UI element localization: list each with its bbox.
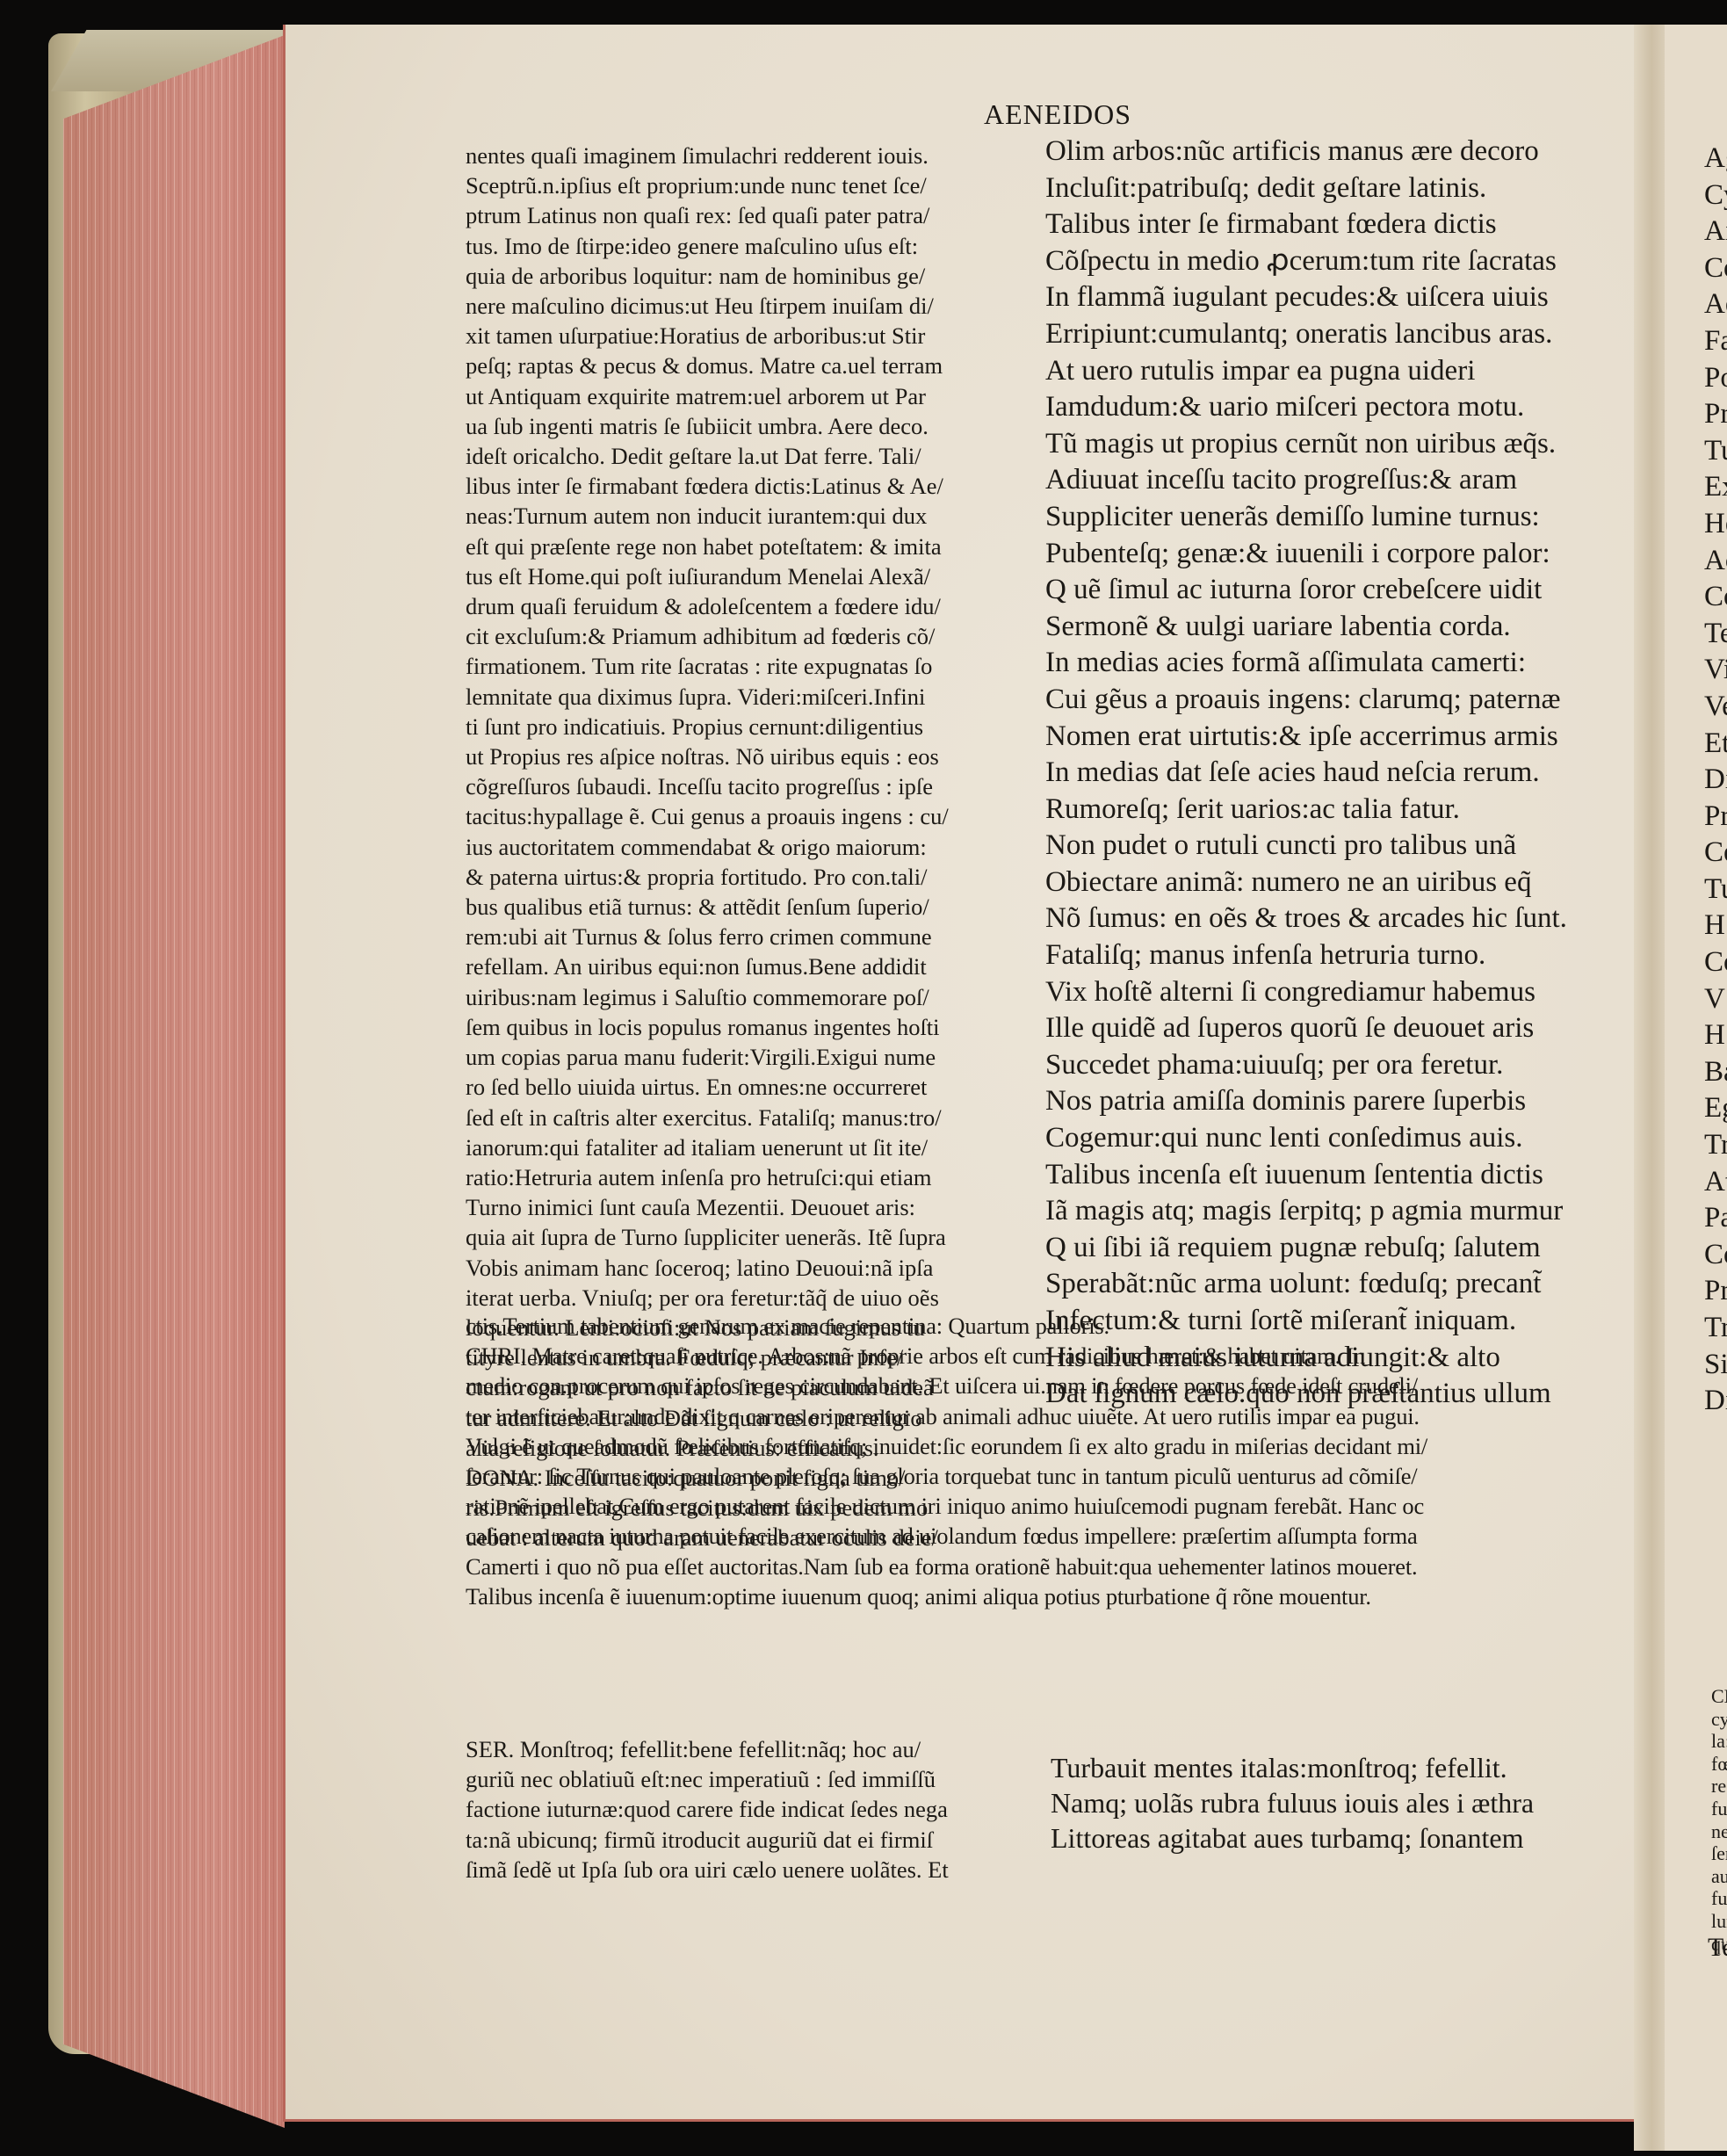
facing-verse-fragment: Ai xyxy=(1704,213,1727,250)
commentary-line: nentes quaſi imaginem ſimulachri reddere… xyxy=(466,141,1037,170)
verse-line: Erripiunt:cumulantq; oneratis lancibus a… xyxy=(1045,316,1616,353)
verse-line: Talibus inter ſe firmabant fœdera dictis xyxy=(1045,206,1616,243)
facing-verse-fragment: Po xyxy=(1704,360,1727,397)
commentary-line: bus qualibus etiã turnus: & attẽdit ſenſ… xyxy=(466,892,1037,922)
commentary-line: ctis.Tertium tabentium genarum ex macie … xyxy=(466,1311,1427,1341)
facing-verse-fragment: Pr xyxy=(1704,396,1727,433)
facing-verse-fragment: Eg xyxy=(1704,1090,1727,1127)
facing-page-last-line: Te xyxy=(1708,1933,1727,1963)
verse-line: Adiuuat inceſſu tacito progreſſus:& aram xyxy=(1045,462,1616,499)
facing-commentary-fragment: rece xyxy=(1711,1775,1727,1798)
commentary-line: tacitus:hypallage ẽ. Cui genus a proauis… xyxy=(466,801,1037,831)
commentary-line: uiribus:nam legimus i Saluſtio commemora… xyxy=(466,982,1037,1012)
verse-line: Q uẽ ſimul ac iuturna ſoror crebeſcere u… xyxy=(1045,572,1616,609)
commentary-line: SER. Monſtroq; fefellit:bene fefellit:nã… xyxy=(466,1734,949,1764)
commentary-line: tus. Imo de ſtirpe:ideo genere maſculino… xyxy=(466,231,1037,261)
commentary-line: ideſt oricalcho. Dedit geſtare la.ut Dat… xyxy=(466,441,1037,471)
commentary-line: Camerti i quo nõ pua eſſet auctoritas.Na… xyxy=(466,1552,1427,1581)
verse-line: At uero rutulis impar ea pugna uideri xyxy=(1045,353,1616,390)
commentary-line: tus eſt Home.qui poſt iuſiurandum Menela… xyxy=(466,561,1037,591)
facing-verse-fragment: Et xyxy=(1704,726,1727,763)
verse-line: Sperabãt:nũc arma uolunt: fœduſq; precan… xyxy=(1045,1266,1616,1303)
commentary-line: quia de arboribus loquitur: nam de homin… xyxy=(466,261,1037,291)
facing-verse-fragment: Ag xyxy=(1704,141,1727,177)
commentary-line: ter interficiebatur:unde dixit q carnes … xyxy=(466,1401,1427,1431)
facing-verse-fragment: H xyxy=(1704,1017,1727,1054)
facing-page-commentary-initials: CHcygla:qfœcrecefunnegſentaucfuitlumquẽ xyxy=(1711,1685,1727,1955)
verse-line: Tũ magis ut propius cernũt non uiribus æ… xyxy=(1045,426,1616,463)
verse-line: Olim arbos:nũc artificis manus ære decor… xyxy=(1045,134,1616,170)
commentary-line: ti ſunt pro indicatiuis. Propius cernunt… xyxy=(466,712,1037,742)
running-head: AENEIDOS xyxy=(984,98,1131,131)
facing-verse-fragment: Sic xyxy=(1704,1347,1727,1384)
commentary-line: & paterna uirtus:& propria fortitudo. Pr… xyxy=(466,862,1037,892)
commentary-line: ratio:Hetruria autem inſenſa pro hetruſc… xyxy=(466,1162,1037,1192)
facing-verse-fragment: Tr xyxy=(1704,1310,1727,1347)
facing-commentary-fragment: la:q xyxy=(1711,1730,1727,1753)
commentary-line: Vulgi ẽ ut queadmodũ fœlicibus fortunati… xyxy=(466,1431,1427,1461)
commentary-line: Talibus incenſa ẽ iuuenum:optime iuuenum… xyxy=(466,1581,1427,1611)
commentary-line: ſerantur: ſic Turnus qui pauloante plero… xyxy=(466,1461,1427,1491)
facing-commentary-fragment: fun xyxy=(1711,1798,1727,1820)
facing-verse-fragment: Co xyxy=(1704,250,1727,287)
verse-line: Iã magis atq; magis ſerpitq; p agmia mur… xyxy=(1045,1193,1616,1230)
commentary-line: eſt qui præſente rege non habet poteſtat… xyxy=(466,532,1037,561)
facing-verse-fragment: Ce xyxy=(1704,835,1727,872)
commentary-line: medio con.procerum qui ipſos reges circu… xyxy=(466,1371,1427,1400)
facing-verse-fragment: At xyxy=(1704,1164,1727,1201)
verse-line: In flammã iugulant pecudes:& uiſcera uiu… xyxy=(1045,279,1616,316)
verse-line: In medias acies formã aſſimulata camerti… xyxy=(1045,645,1616,682)
verse-line: Fataliſq; manus infenſa hetruria turno. xyxy=(1045,937,1616,974)
verse-line: Turbauit mentes italas:monſtroq; fefelli… xyxy=(1051,1750,1534,1785)
commentary-line: factione iuturnæ:quod carere fide indica… xyxy=(466,1794,949,1824)
commentary-line: ius auctoritatem commendabat & origo mai… xyxy=(466,832,1037,862)
facing-verse-fragment: Co xyxy=(1704,944,1727,981)
verse-line: Cui gẽus a proauis ingens: clarumq; pate… xyxy=(1045,682,1616,719)
commentary-line: ſed eſt in caſtris alter exercitus. Fata… xyxy=(466,1103,1037,1132)
facing-verse-fragment: Cy xyxy=(1704,177,1727,214)
verse-line: Succedet phama:uiuuſq; per ora feretur. xyxy=(1045,1047,1616,1084)
commentary-line: caſionem nacta iuturna potuit facile exe… xyxy=(466,1521,1427,1551)
verse-line: Cõſpectu in medio ꝓcerum:tum rite ſacrat… xyxy=(1045,243,1616,280)
commentary-line: xit tamen uſurpatiue:Horatius de arborib… xyxy=(466,321,1037,351)
verse-line: Iamdudum:& uario miſceri pectora motu. xyxy=(1045,389,1616,426)
commentary-full-width: ctis.Tertium tabentium genarum ex macie … xyxy=(466,1311,1427,1611)
facing-verse-fragment: Tu xyxy=(1704,433,1727,470)
commentary-line: cit excluſum:& Priamum adhibitum ad fœde… xyxy=(466,621,1037,651)
verse-line: Obiectare animã: numero ne an uiribus eq… xyxy=(1045,865,1616,901)
facing-verse-fragment: Fa xyxy=(1704,323,1727,360)
facing-verse-fragment: Co xyxy=(1704,579,1727,616)
facing-verse-fragment: Ae xyxy=(1704,286,1727,323)
commentary-line: lemnitate qua diximus ſupra. Videri:miſc… xyxy=(466,682,1037,712)
facing-verse-fragment: Ac xyxy=(1704,543,1727,580)
commentary-line: firmationem. Tum rite ſacratas : rite ex… xyxy=(466,651,1037,681)
commentary-line: rationẽ ipellebat.Cum ergo putarent faci… xyxy=(466,1491,1427,1521)
facing-commentary-fragment: fœc xyxy=(1711,1753,1727,1776)
facing-page-verse-initials: AgCyAiCoAeFaPoPrTuExHeAcCoTeViVeEtDiPrCe… xyxy=(1704,141,1727,1420)
facing-verse-fragment: Pa xyxy=(1704,1200,1727,1237)
facing-verse-fragment: Pr xyxy=(1704,799,1727,836)
facing-verse-fragment: Ba xyxy=(1704,1054,1727,1091)
verse-line: Sermonẽ & uulgi uariare labentia corda. xyxy=(1045,609,1616,646)
commentary-line: ptrum Latinus non quaſi rex: ſed quaſi p… xyxy=(466,200,1037,230)
verse-line: Suppliciter uenerãs demiſſo lumine turnu… xyxy=(1045,499,1616,536)
red-stained-fore-edge xyxy=(63,35,285,2128)
verse-line: Nõ ſumus: en oẽs & troes & arcades hic ſ… xyxy=(1045,901,1616,937)
facing-commentary-fragment: ſent xyxy=(1711,1842,1727,1865)
verse-line: Vix hoſtẽ alterni ſi congrediamur habemu… xyxy=(1045,974,1616,1011)
commentary-line: Turno inimici ſunt cauſa Mezentii. Deuou… xyxy=(466,1192,1037,1222)
commentary-line: ut Propius res aſpice noſtras. Nõ uiribu… xyxy=(466,742,1037,771)
facing-commentary-fragment: lum xyxy=(1711,1910,1727,1933)
commentary-line: CHRI. Matre caret:quaſi nutrice. Arbos:n… xyxy=(466,1341,1427,1371)
commentary-line: ſem quibus in locis populus romanus inge… xyxy=(466,1012,1037,1042)
facing-verse-fragment: Di xyxy=(1704,762,1727,799)
commentary-line: cõgreſſuros ſubaudi. Inceſſu tacito prog… xyxy=(466,771,1037,801)
verse-column-right: Olim arbos:nũc artificis manus ære decor… xyxy=(1045,134,1616,1413)
commentary-line: libus inter ſe firmabant fœdera dictis:L… xyxy=(466,471,1037,501)
facing-verse-fragment: Di xyxy=(1704,1383,1727,1420)
commentary-line: quia ait ſupra de Turno ſuppliciter uene… xyxy=(466,1222,1037,1252)
commentary-line: rem:ubi ait Turnus & ſolus ferro crimen … xyxy=(466,922,1037,951)
commentary-line: refellam. An uiribus equi:non ſumus.Bene… xyxy=(466,951,1037,981)
verse-line: Incluſit:patribuſq; dedit geſtare latini… xyxy=(1045,170,1616,207)
facing-verse-fragment: Te xyxy=(1704,616,1727,653)
commentary-line: Sceptrũ.n.ipſius eſt proprium:unde nunc … xyxy=(466,170,1037,200)
facing-commentary-fragment: fuit xyxy=(1711,1887,1727,1910)
facing-verse-fragment: Tu xyxy=(1704,872,1727,908)
verse-line: Rumoreſq; ſerit uarios:ac talia fatur. xyxy=(1045,792,1616,828)
verse-line: Nomen erat uirtutis:& ipſe accerrimus ar… xyxy=(1045,719,1616,756)
commentary-line: ſimã ſedẽ ut Ipſa ſub ora uiri cælo uene… xyxy=(466,1855,949,1885)
commentary-line: peſq; raptas & pecus & domus. Matre ca.u… xyxy=(466,351,1037,380)
commentary-line: guriũ nec oblatiuũ eſt:nec imperatiuũ : … xyxy=(466,1764,949,1794)
facing-verse-fragment: Ex xyxy=(1704,469,1727,506)
verse-line: Littoreas agitabat aues turbamq; ſonante… xyxy=(1051,1820,1534,1856)
commentary-line: ut Antiquam exquirite matrem:uel arborem… xyxy=(466,381,1037,411)
facing-verse-fragment: Co xyxy=(1704,1237,1727,1274)
verse-line: In medias dat ſeſe acies haud neſcia rer… xyxy=(1045,755,1616,792)
commentary-line: um copias parua manu fuderit:Virgili.Exi… xyxy=(466,1042,1037,1072)
verse-line: Cogemur:qui nunc lenti conſedimus auis. xyxy=(1045,1120,1616,1157)
commentary-line: neas:Turnum autem non inducit iurantem:q… xyxy=(466,501,1037,531)
commentary-line: ta:nã ubicunq; firmũ itroducit auguriũ d… xyxy=(466,1825,949,1855)
facing-verse-fragment: Pr xyxy=(1704,1273,1727,1310)
facing-commentary-fragment: CH xyxy=(1711,1685,1727,1708)
facing-commentary-fragment: neg xyxy=(1711,1820,1727,1843)
verse-bottom-block: Turbauit mentes italas:monſtroq; fefelli… xyxy=(1051,1750,1534,1856)
commentary-line: nere maſculino dicimus:ut Heu ſtirpem in… xyxy=(466,291,1037,321)
book-gutter xyxy=(1634,25,1669,2151)
commentary-line: ianorum:qui fataliter ad italiam uenerun… xyxy=(466,1132,1037,1162)
commentary-line: drum quaſi feruidum & adoleſcentem a fœd… xyxy=(466,591,1037,621)
verse-line: Talibus incenſa eſt iuuenum ſententia di… xyxy=(1045,1157,1616,1194)
facing-verse-fragment: Ve xyxy=(1704,689,1727,726)
verse-line: Nos patria amiſſa dominis parere ſuperbi… xyxy=(1045,1083,1616,1120)
verse-line: Non pudet o rutuli cuncti pro talibus un… xyxy=(1045,828,1616,865)
commentary-line: iterat uerba. Vniuſq; per ora feretur:tã… xyxy=(466,1283,1037,1313)
commentary-line: Vobis animam hanc ſoceroq; latino Deuoui… xyxy=(466,1253,1037,1283)
facing-verse-fragment: He xyxy=(1704,506,1727,543)
verse-line: Pubenteſq; genæ:& iuuenili i corpore pal… xyxy=(1045,536,1616,573)
facing-verse-fragment: V xyxy=(1704,981,1727,1018)
verse-line: Ille quidẽ ad ſuperos quorũ ſe deuouet a… xyxy=(1045,1010,1616,1047)
facing-verse-fragment: H xyxy=(1704,908,1727,944)
commentary-line: ua ſub ingenti matris ſe ſubiicit umbra.… xyxy=(466,411,1037,441)
commentary-ser-block: SER. Monſtroq; fefellit:bene fefellit:nã… xyxy=(466,1734,949,1885)
verse-line: Namq; uolãs rubra fuluus iouis ales i æt… xyxy=(1051,1785,1534,1820)
facing-verse-fragment: Vi xyxy=(1704,652,1727,689)
commentary-line: ro ſed bello uiuida uirtus. En omnes:ne … xyxy=(466,1072,1037,1102)
facing-commentary-fragment: cyg xyxy=(1711,1708,1727,1731)
facing-commentary-fragment: auc xyxy=(1711,1865,1727,1888)
verse-line: Q ui ſibi iã requiem pugnæ rebuſq; ſalut… xyxy=(1045,1230,1616,1267)
facing-verse-fragment: Tr xyxy=(1704,1127,1727,1164)
